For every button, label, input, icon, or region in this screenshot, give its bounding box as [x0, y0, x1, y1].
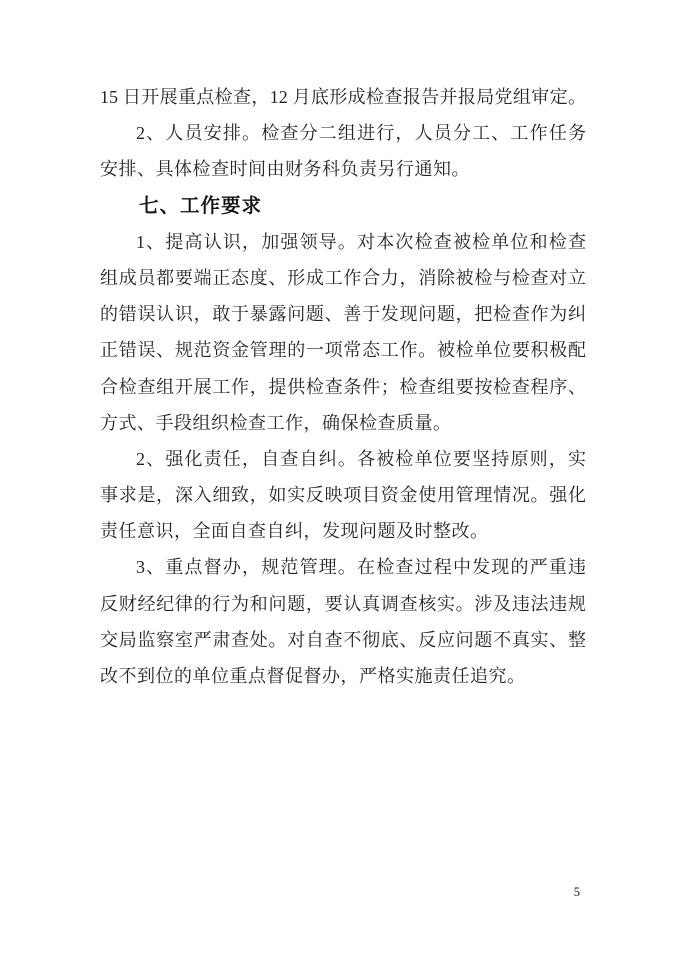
- text-line: 1、提高认识，加强领导。对本次检查被检单位和检查: [100, 224, 586, 260]
- text-line: 改不到位的单位重点督促督办，严格实施责任追究。: [100, 658, 586, 694]
- text-line: 组成员都要端正态度、形成工作合力，消除被检与检查对立: [100, 260, 586, 296]
- text-line: 正错误、规范资金管理的一项常态工作。被检单位要积极配: [100, 332, 586, 368]
- text-line: 事求是，深入细致，如实反映项目资金使用管理情况。强化: [100, 477, 586, 513]
- text-line: 方式、手段组织检查工作，确保检查质量。: [100, 405, 586, 441]
- text-line: 安排、具体检查时间由财务科负责另行通知。: [100, 151, 586, 187]
- text-line: 责任意识，全面自查自纠，发现问题及时整改。: [100, 513, 586, 549]
- text-line: 2、强化责任，自查自纠。各被检单位要坚持原则，实: [100, 441, 586, 477]
- text-line: 15 日开展重点检查，12 月底形成检查报告并报局党组审定。: [100, 79, 586, 115]
- text-line: 交局监察室严肃查处。对自查不彻底、反应问题不真实、整: [100, 622, 586, 658]
- document-page: 15 日开展重点检查，12 月底形成检查报告并报局党组审定。 2、人员安排。检查…: [0, 0, 678, 959]
- text-line: 反财经纪律的行为和问题，要认真调查核实。涉及违法违规: [100, 586, 586, 622]
- text-line: 合检查组开展工作，提供检查条件；检查组要按检查程序、: [100, 369, 586, 405]
- text-line: 的错误认识，敢于暴露问题、善于发现问题，把检查作为纠: [100, 296, 586, 332]
- section-heading: 七、工作要求: [100, 188, 586, 224]
- text-line: 2、人员安排。检查分二组进行，人员分工、工作任务: [100, 115, 586, 151]
- page-number: 5: [574, 885, 580, 900]
- text-line: 3、重点督办，规范管理。在检查过程中发现的严重违: [100, 549, 586, 585]
- document-body: 15 日开展重点检查，12 月底形成检查报告并报局党组审定。 2、人员安排。检查…: [100, 79, 586, 694]
